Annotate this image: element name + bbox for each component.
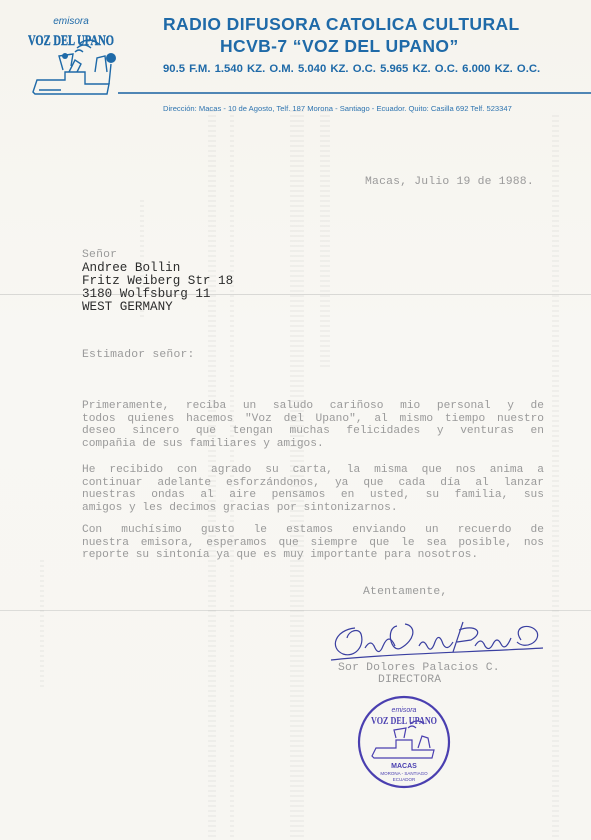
paragraph-line: nuestra emisora, esperamos que siempre q… <box>82 537 544 550</box>
paragraph-line: continuar adelante esforzándonos, ya que… <box>82 477 544 490</box>
paragraph-line: amigos y les decimos gracias por sintoni… <box>82 502 544 515</box>
svg-text:emisora: emisora <box>392 707 417 714</box>
letter-page: emisora VOZ DEL UPANO RADIO DIFUSORA CAT… <box>0 0 591 840</box>
paragraph-line: reporte su sintonía ya que es muy import… <box>82 549 544 562</box>
show-through-texture <box>552 115 559 840</box>
paragraph-3: Con muchísimo gusto le estamos enviando … <box>82 524 544 562</box>
recipient-address: Andree Bollin Fritz Weiberg Str 18 3180 … <box>82 262 233 314</box>
paragraph-line: deseo sincero que tengan muchas felicida… <box>82 425 544 438</box>
show-through-texture <box>320 110 330 370</box>
svg-text:MACAS: MACAS <box>391 763 417 770</box>
signatory-name: Sor Dolores Palacios C. <box>338 662 500 674</box>
official-stamp-icon: emisora VOZ DEL UPANO MACAS MORONA - SAN… <box>356 694 452 790</box>
paragraph-line: Primeramente, reciba un saludo cariñoso … <box>82 400 544 413</box>
letterhead-divider <box>118 92 591 94</box>
paragraph-line: todos quienes hacemos "Voz del Upano", a… <box>82 413 544 426</box>
letter-closing: Atentamente, <box>363 586 447 598</box>
station-callsign: HCVB-7 “VOZ DEL UPANO” <box>220 36 459 57</box>
station-address: Dirección: Macas - 10 de Agosto, Telf. 1… <box>163 104 512 113</box>
svg-text:MORONA - SANTIAGO: MORONA - SANTIAGO <box>380 771 428 776</box>
paragraph-line: He recibido con agrado su carta, la mism… <box>82 464 544 477</box>
paragraph-line: Con muchísimo gusto le estamos enviando … <box>82 524 544 537</box>
svg-text:VOZ DEL UPANO: VOZ DEL UPANO <box>28 33 114 49</box>
paragraph-line: nuestras ondas al aire pensamos en usted… <box>82 489 544 502</box>
radio-station-logo-icon: emisora VOZ DEL UPANO <box>25 12 117 104</box>
station-name: RADIO DIFUSORA CATOLICA CULTURAL <box>163 14 520 35</box>
show-through-texture <box>40 560 44 690</box>
handwritten-signature-icon <box>325 618 550 668</box>
paragraph-line: compañia de sus familiares y amigos. <box>82 438 544 451</box>
paragraph-1: Primeramente, reciba un saludo cariñoso … <box>82 400 544 450</box>
paragraph-2: He recibido con agrado su carta, la mism… <box>82 464 544 514</box>
letter-greeting: Estimador señor: <box>82 349 195 361</box>
paper-fold-line <box>0 610 591 611</box>
svg-text:ECUADOR: ECUADOR <box>393 777 416 782</box>
letter-date: Macas, Julio 19 de 1988. <box>365 176 534 188</box>
svg-text:VOZ DEL UPANO: VOZ DEL UPANO <box>371 715 437 727</box>
salutation-prefix: Señor <box>82 249 117 261</box>
recipient-country: WEST GERMANY <box>82 301 233 314</box>
station-frequencies: 90.5 F.M. 1.540 KZ. O.M. 5.040 KZ. O.C. … <box>163 63 540 75</box>
svg-text:emisora: emisora <box>53 16 89 27</box>
signatory-title: DIRECTORA <box>378 674 441 686</box>
